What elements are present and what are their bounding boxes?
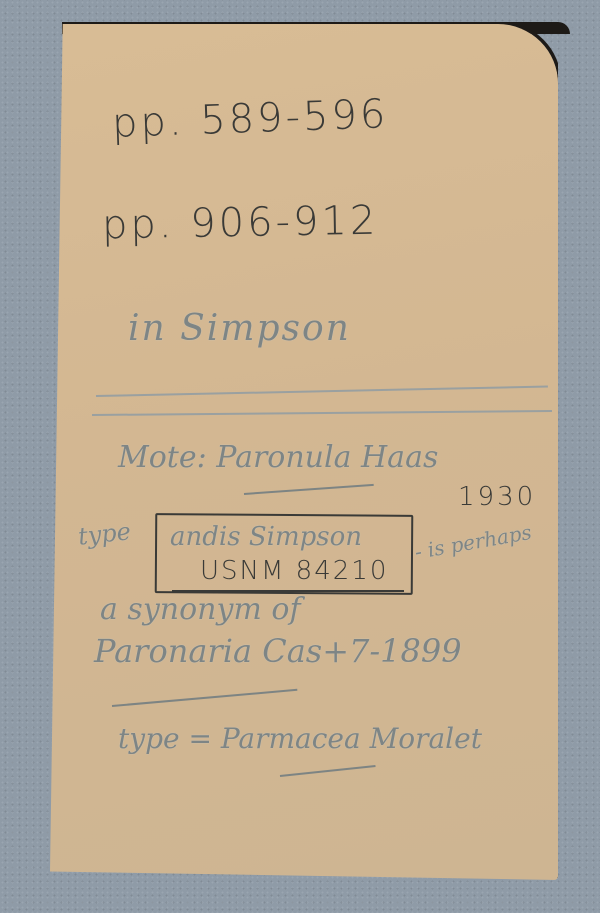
- genus-citation: Paronaria Cas+7-1899: [94, 632, 462, 670]
- page-range-1: pp. 589-596: [111, 91, 389, 147]
- type-label: type: [77, 517, 132, 550]
- source-note: in Simpson: [128, 308, 351, 349]
- boxed-name: andis Simpson: [170, 522, 362, 552]
- year-1930: 1930: [458, 482, 536, 512]
- catalog-number: USNM 84210: [200, 556, 388, 586]
- type-equals-note: type = Parmacea Moralet: [118, 722, 482, 755]
- synonym-of-note: a synonym of: [100, 592, 301, 627]
- synonym-note: Mote: Paronula Haas: [118, 440, 438, 475]
- page-range-2: pp. 906-912: [102, 198, 379, 249]
